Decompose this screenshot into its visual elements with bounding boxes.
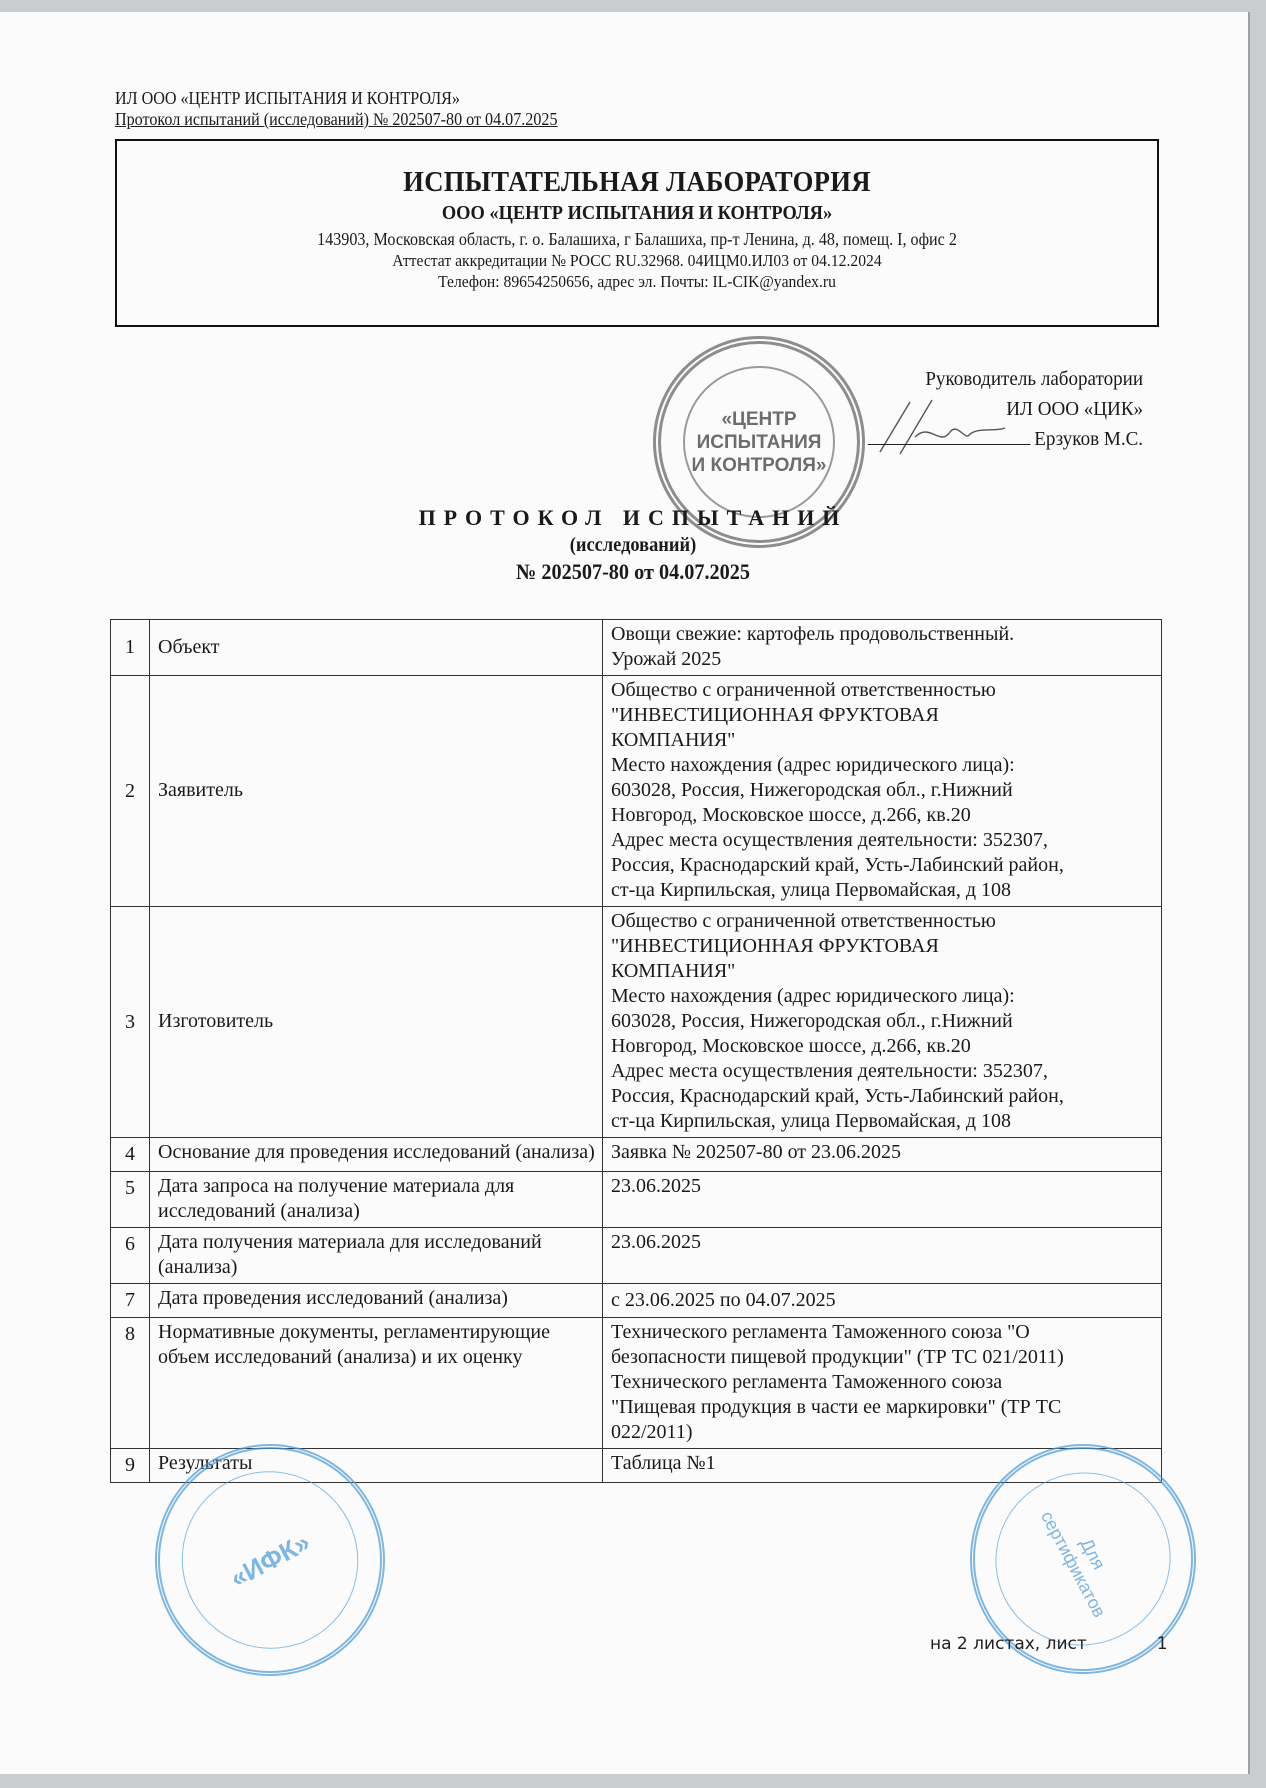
row-number: 4: [111, 1138, 150, 1172]
value-line: Технического регламента Таможенного союз…: [611, 1370, 1155, 1395]
table-row: 6 Дата получения материала для исследова…: [111, 1228, 1162, 1284]
value-line: Технического регламента Таможенного союз…: [611, 1320, 1155, 1345]
lab-accreditation: Аттестат аккредитации № РОСС RU.32968. 0…: [159, 251, 1116, 271]
row-number: 2: [111, 676, 150, 907]
document-title: ПРОТОКОЛ ИСПЫТАНИЙ (исследований) № 2025…: [0, 505, 1266, 585]
table-row: 2 Заявитель Общество с ограниченной отве…: [111, 676, 1162, 907]
table-row: 9 Результаты Таблица №1: [111, 1449, 1162, 1483]
value-line: 022/2011): [611, 1420, 1155, 1445]
row-value: Технического регламента Таможенного союз…: [603, 1318, 1162, 1449]
row-number: 6: [111, 1228, 150, 1284]
value-line: Место нахождения (адрес юридического лиц…: [611, 753, 1155, 778]
row-label: Дата запроса на получение материала для …: [150, 1172, 603, 1228]
stamp-line-1: «ЦЕНТР: [721, 408, 796, 431]
value-line: Россия, Краснодарский край, Усть-Лабинск…: [611, 853, 1155, 878]
stamp-line-1: Для: [1055, 1497, 1129, 1611]
lab-contacts: Телефон: 89654250656, адрес эл. Почты: I…: [159, 272, 1116, 292]
running-header-protocol-ref: Протокол испытаний (исследований) № 2025…: [115, 109, 558, 130]
document-title-sub: (исследований): [51, 534, 1216, 557]
protocol-table: 1 Объект Овощи свежие: картофель продово…: [110, 619, 1162, 1483]
row-number: 5: [111, 1172, 150, 1228]
page-footer: на 2 листах, лист1: [930, 1634, 1168, 1654]
value-line: Новгород, Московское шоссе, д.266, кв.20: [611, 803, 1155, 828]
row-number: 9: [111, 1449, 150, 1483]
value-line: Россия, Краснодарский край, Усть-Лабинск…: [611, 1084, 1155, 1109]
stamp-line-2: сертификатов: [1036, 1507, 1110, 1621]
value-line: 603028, Россия, Нижегородская обл., г.Ни…: [611, 778, 1155, 803]
document-number: № 202507-80 от 04.07.2025: [51, 559, 1216, 585]
row-value: 23.06.2025: [603, 1172, 1162, 1228]
row-label: Объект: [150, 620, 603, 676]
document-title-main: ПРОТОКОЛ ИСПЫТАНИЙ: [0, 505, 1266, 531]
document-page: ИЛ ООО «ЦЕНТР ИСПЫТАНИЯ И КОНТРОЛЯ» Прот…: [0, 12, 1248, 1774]
value-line: ст-ца Кирпильская, улица Первомайская, д…: [611, 878, 1155, 903]
approval-block: Руководитель лаборатории ИЛ ООО «ЦИК» Ер…: [868, 364, 1143, 454]
approval-role: Руководитель лаборатории: [868, 364, 1143, 394]
row-label: Заявитель: [150, 676, 603, 907]
table-row: 4 Основание для проведения исследований …: [111, 1138, 1162, 1172]
lab-title: ИСПЫТАТЕЛЬНАЯ ЛАБОРАТОРИЯ: [159, 166, 1116, 199]
row-label: Нормативные документы, регламентирующие …: [150, 1318, 603, 1449]
running-header-org: ИЛ ООО «ЦЕНТР ИСПЫТАНИЯ И КОНТРОЛЯ»: [115, 88, 558, 109]
value-line: 603028, Россия, Нижегородская обл., г.Ни…: [611, 1009, 1155, 1034]
table-row: 8 Нормативные документы, регламентирующи…: [111, 1318, 1162, 1449]
row-label: Дата получения материала для исследовани…: [150, 1228, 603, 1284]
table-row: 3 Изготовитель Общество с ограниченной о…: [111, 907, 1162, 1138]
row-number: 8: [111, 1318, 150, 1449]
row-label: Основание для проведения исследований (а…: [150, 1138, 603, 1172]
row-label: Изготовитель: [150, 907, 603, 1138]
table-row: 5 Дата запроса на получение материала дл…: [111, 1172, 1162, 1228]
lab-company: ООО «ЦЕНТР ИСПЫТАНИЯ И КОНТРОЛЯ»: [159, 202, 1116, 225]
value-line: Адрес места осуществления деятельности: …: [611, 1059, 1155, 1084]
value-line: ст-ца Кирпильская, улица Первомайская, д…: [611, 1109, 1155, 1134]
value-line: Общество с ограниченной ответственностью: [611, 909, 1155, 934]
value-line: "Пищевая продукция в части ее маркировки…: [611, 1395, 1155, 1420]
value-line: 23.06.2025: [611, 1230, 1155, 1255]
value-line: Место нахождения (адрес юридического лиц…: [611, 984, 1155, 1009]
value-line: безопасности пищевой продукции" (ТР ТС 0…: [611, 1345, 1155, 1370]
value-line: Таблица №1: [611, 1451, 1155, 1476]
value-line: 23.06.2025: [611, 1174, 1155, 1199]
value-line: Адрес места осуществления деятельности: …: [611, 828, 1155, 853]
row-value: Таблица №1: [603, 1449, 1162, 1483]
row-value: 23.06.2025: [603, 1228, 1162, 1284]
row-number: 3: [111, 907, 150, 1138]
table-row: 1 Объект Овощи свежие: картофель продово…: [111, 620, 1162, 676]
value-line: "ИНВЕСТИЦИОННАЯ ФРУКТОВАЯ: [611, 703, 1155, 728]
row-value: Овощи свежие: картофель продовольственны…: [603, 620, 1162, 676]
table-row: 7 Дата проведения исследований (анализа)…: [111, 1284, 1162, 1318]
value-line: Общество с ограниченной ответственностью: [611, 678, 1155, 703]
footer-page-number: 1: [1157, 1634, 1168, 1654]
row-value: Общество с ограниченной ответственностью…: [603, 676, 1162, 907]
value-line: КОМПАНИЯ": [611, 959, 1155, 984]
signature-line: [868, 444, 1031, 445]
value-line: Новгород, Московское шоссе, д.266, кв.20: [611, 1034, 1155, 1059]
stamp-line-3: И КОНТРОЛЯ»: [692, 454, 827, 477]
row-number: 1: [111, 620, 150, 676]
approval-signatory: Ерзуков М.С.: [1034, 428, 1143, 450]
stamp-line-2: ИСПЫТАНИЯ: [697, 431, 822, 454]
value-line: Овощи свежие: картофель продовольственны…: [611, 622, 1155, 647]
value-line: с 23.06.2025 по 04.07.2025: [611, 1288, 1155, 1313]
lab-header-box: ИСПЫТАТЕЛЬНАЯ ЛАБОРАТОРИЯ ООО «ЦЕНТР ИСП…: [115, 139, 1159, 327]
row-value: Заявка № 202507-80 от 23.06.2025: [603, 1138, 1162, 1172]
approval-org: ИЛ ООО «ЦИК»: [868, 394, 1143, 424]
footer-sheets: на 2 листах, лист: [930, 1634, 1087, 1654]
value-line: КОМПАНИЯ": [611, 728, 1155, 753]
running-header: ИЛ ООО «ЦЕНТР ИСПЫТАНИЯ И КОНТРОЛЯ» Прот…: [115, 88, 558, 130]
row-label: Дата проведения исследований (анализа): [150, 1284, 603, 1318]
value-line: "ИНВЕСТИЦИОННАЯ ФРУКТОВАЯ: [611, 934, 1155, 959]
lab-address: 143903, Московская область, г. о. Балаши…: [159, 229, 1116, 250]
row-value: Общество с ограниченной ответственностью…: [603, 907, 1162, 1138]
row-label: Результаты: [150, 1449, 603, 1483]
value-line: Заявка № 202507-80 от 23.06.2025: [611, 1140, 1155, 1165]
row-value: с 23.06.2025 по 04.07.2025: [603, 1284, 1162, 1318]
row-number: 7: [111, 1284, 150, 1318]
value-line: Урожай 2025: [611, 647, 1155, 672]
